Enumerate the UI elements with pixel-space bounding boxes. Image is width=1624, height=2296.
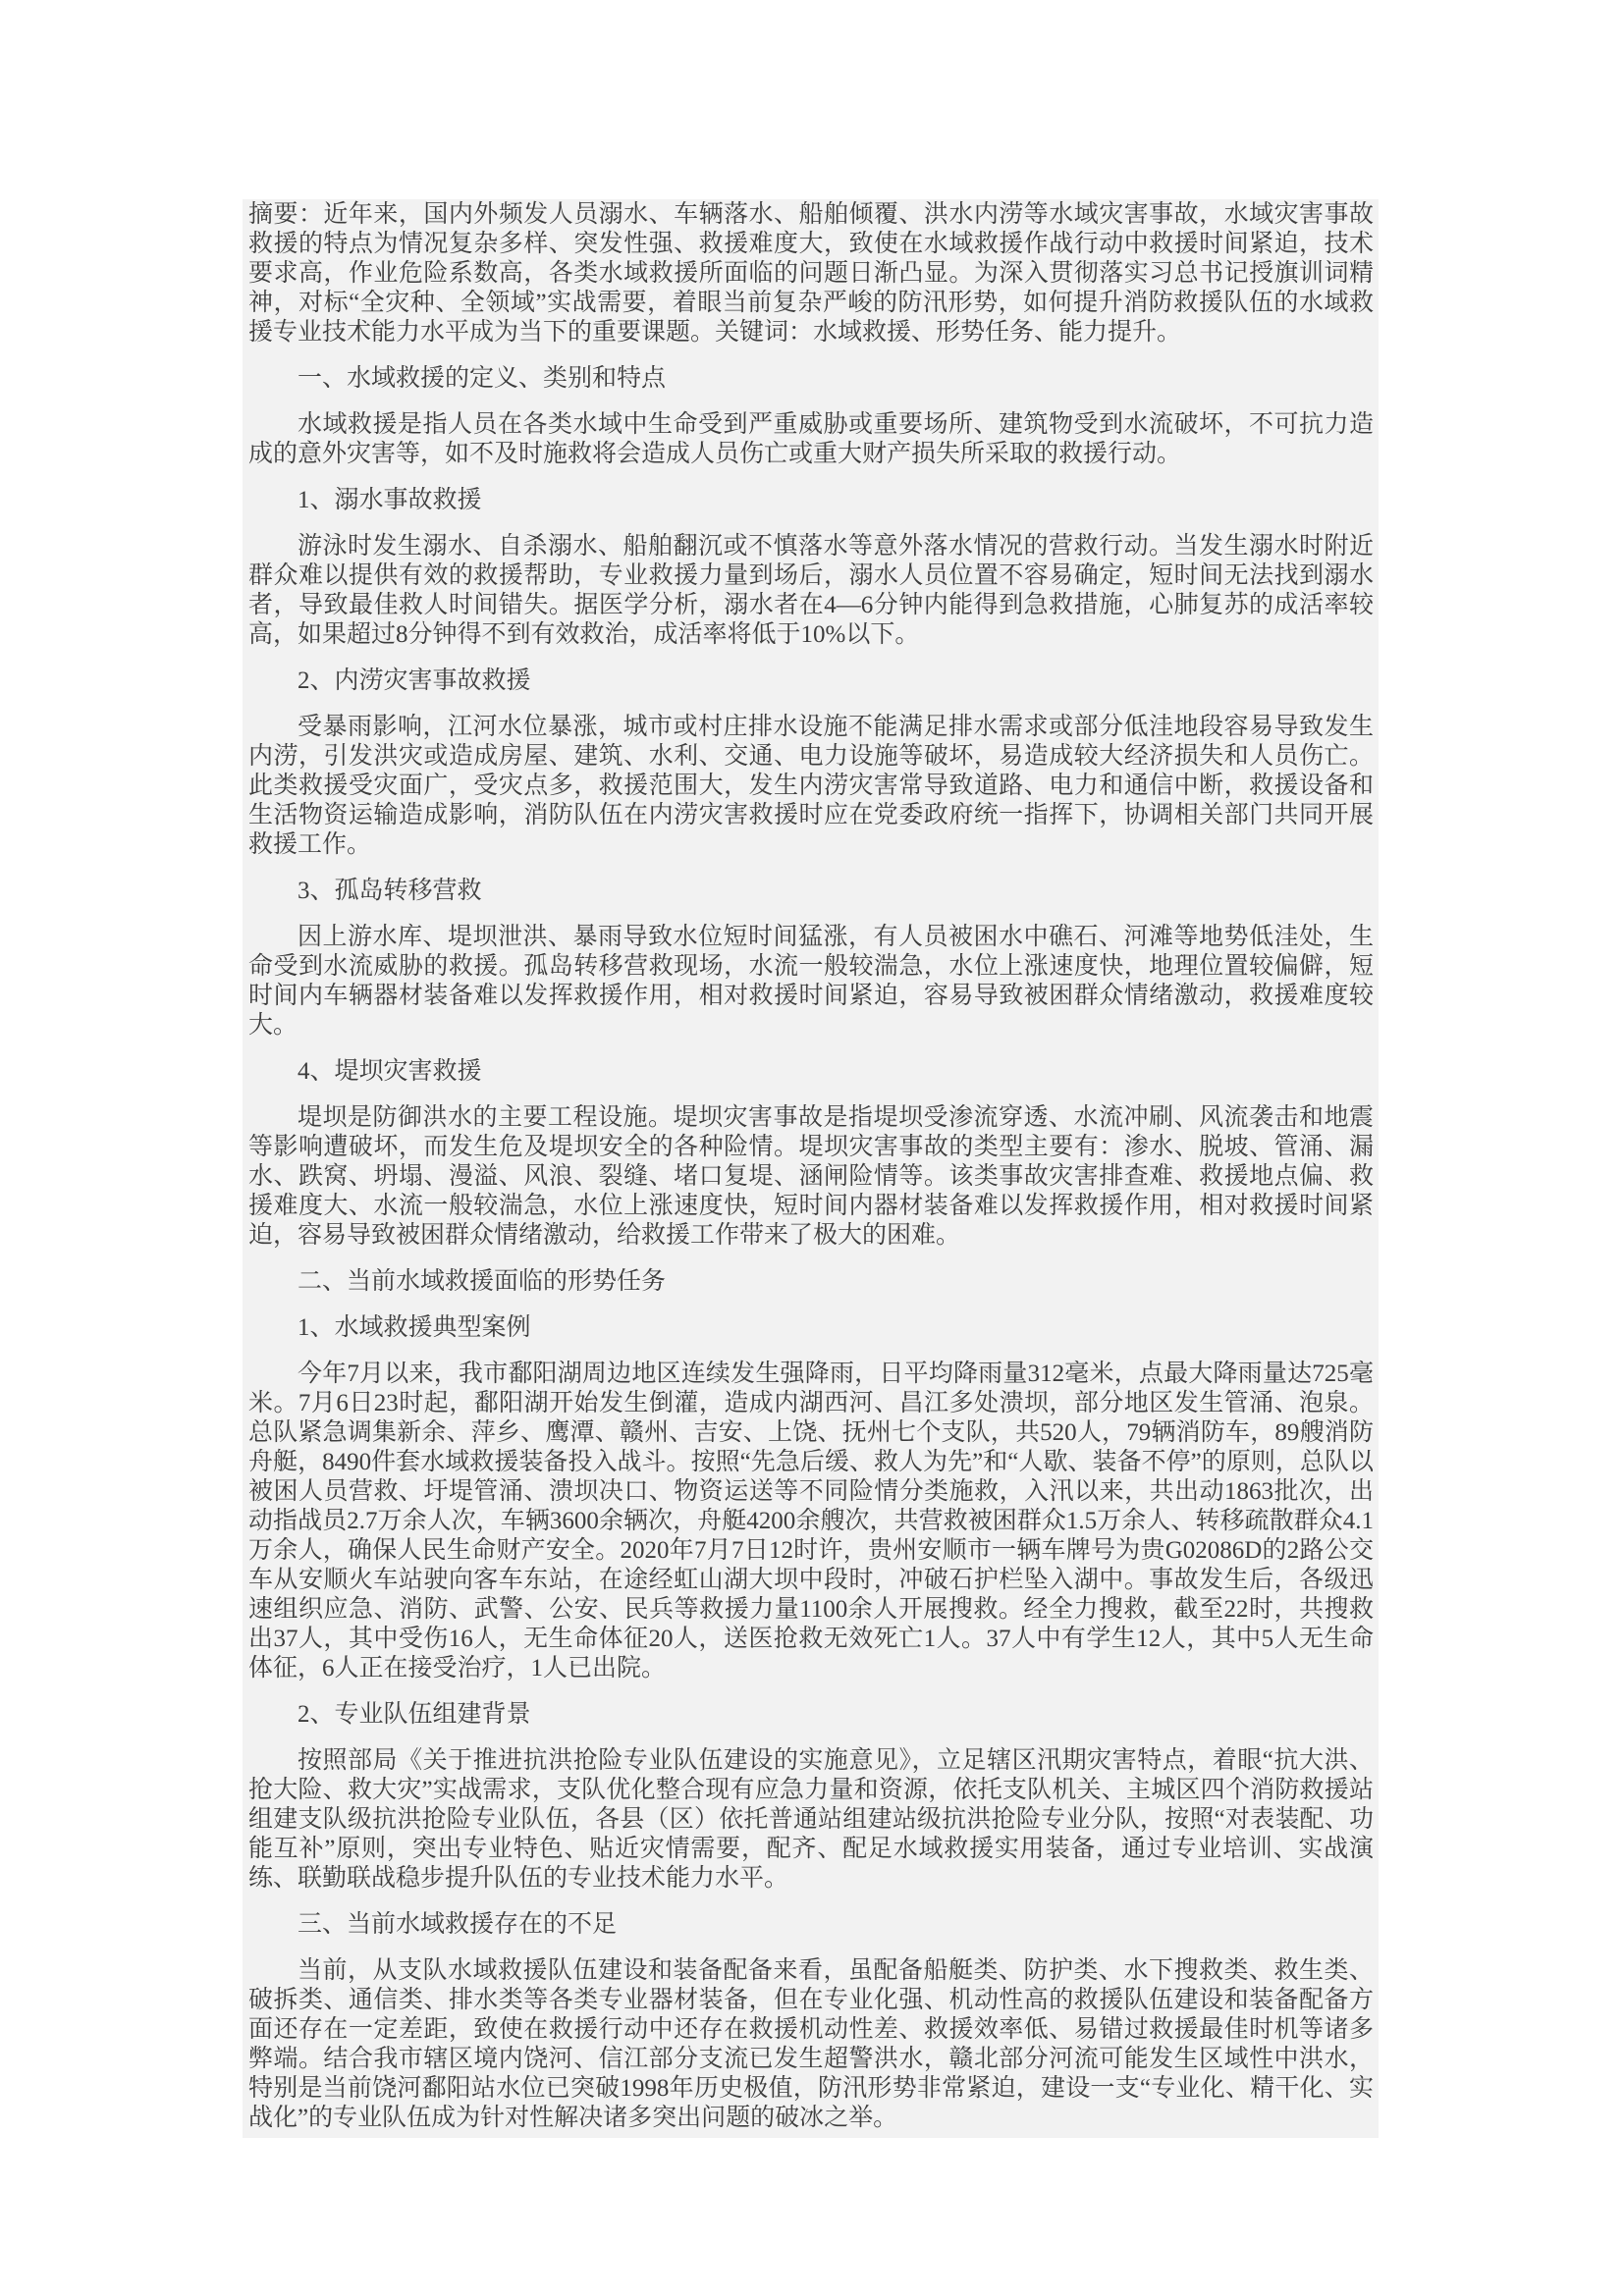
paragraph: 堤坝是防御洪水的主要工程设施。堤坝灾害事故是指堤坝受渗流穿透、水流冲刷、风流袭击… [248,1103,1374,1251]
section-heading: 1、溺水事故救援 [248,486,1374,515]
section-heading: 三、当前水域救援存在的不足 [248,1910,1374,1940]
paragraph: 当前，从支队水域救援队伍建设和装备配备来看，虽配备船艇类、防护类、水下搜救类、救… [248,1956,1374,2133]
section-heading: 4、堤坝灾害救援 [248,1057,1374,1087]
section-heading: 1、水域救援典型案例 [248,1313,1374,1343]
abstract-paragraph: 摘要：近年来，国内外频发人员溺水、车辆落水、船舶倾覆、洪水内涝等水域灾害事故，水… [248,200,1374,347]
paragraph: 按照部局《关于推进抗洪抢险专业队伍建设的实施意见》，立足辖区汛期灾害特点，着眼“… [248,1746,1374,1894]
document-page: 摘要：近年来，国内外频发人员溺水、车辆落水、船舶倾覆、洪水内涝等水域灾害事故，水… [0,0,1624,2296]
paragraph: 水域救援是指人员在各类水域中生命受到严重威胁或重要场所、建筑物受到水流破坏，不可… [248,410,1374,469]
section-heading: 3、孤岛转移营救 [248,877,1374,906]
paragraph: 因上游水库、堤坝泄洪、暴雨导致水位短时间猛涨，有人员被困水中礁石、河滩等地势低洼… [248,923,1374,1041]
paragraph: 游泳时发生溺水、自杀溺水、船舶翻沉或不慎落水等意外落水情况的营救行动。当发生溺水… [248,532,1374,650]
document-content: 摘要：近年来，国内外频发人员溺水、车辆落水、船舶倾覆、洪水内涝等水域灾害事故，水… [243,199,1379,2138]
section-heading: 一、水域救援的定义、类别和特点 [248,364,1374,394]
paragraph: 受暴雨影响，江河水位暴涨，城市或村庄排水设施不能满足排水需求或部分低洼地段容易导… [248,713,1374,860]
section-heading: 2、内涝灾害事故救援 [248,667,1374,696]
section-heading: 二、当前水域救援面临的形势任务 [248,1267,1374,1297]
paragraph: 今年7月以来，我市鄱阳湖周边地区连续发生强降雨，日平均降雨量312毫米，点最大降… [248,1360,1374,1683]
section-heading: 2、专业队伍组建背景 [248,1700,1374,1730]
